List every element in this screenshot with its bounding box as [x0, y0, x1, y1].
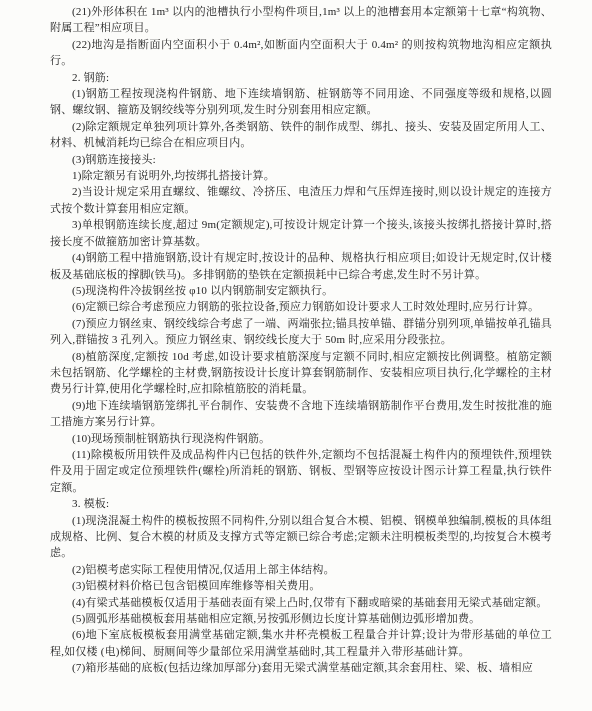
doc-subparagraph: 3)单根钢筋连续长度,超过 9m(定额规定),可按设计规定计算一个接头,该接头按…	[50, 217, 552, 250]
doc-paragraph: (3)钢筋连接接头:	[50, 152, 552, 168]
doc-paragraph: (7)预应力钢丝束、钢绞线综合考虑了一端、两端张拉;锚具按单锚、群锚分别列项,单…	[50, 316, 552, 349]
doc-paragraph: (2)铝模考虑实际工程使用情况,仅适用上部主体结构。	[50, 562, 552, 578]
doc-paragraph: (8)植筋深度,定额按 10d 考虑,如设计要求植筋深度与定额不同时,相应定额按…	[50, 349, 552, 398]
doc-paragraph: (5)现浇构件冷拔钢丝按 φ10 以内钢筋制安定额执行。	[50, 283, 552, 299]
doc-paragraph: (10)现场预制桩钢筋执行现浇构件钢筋。	[50, 431, 552, 447]
doc-paragraph-truncated: (7)箱形基础的底板(包括边缘加厚部分)套用无梁式满堂基础定额,其余套用柱、梁、…	[50, 660, 552, 676]
doc-paragraph: (5)圆弧形基础模板套用基础相应定额,另按弧形侧边长度计算基础侧边弧形增加费。	[50, 611, 552, 627]
document-body: (21)外形体积在 1m³ 以内的池槽执行小型构件项目,1m³ 以上的池槽套用本…	[50, 4, 552, 677]
doc-paragraph: (9)地下连续墙钢筋笼绑扎平台制作、安装费不含地下连续墙钢筋制作平台费用,发生时…	[50, 398, 552, 431]
doc-paragraph: (6)定额已综合考虑预应力钢筋的张拉设备,预应力钢筋如设计要求人工时效处理时,应…	[50, 299, 552, 315]
doc-paragraph-item-21: (21)外形体积在 1m³ 以内的池槽执行小型构件项目,1m³ 以上的池槽套用本…	[50, 4, 552, 37]
document-page: (21)外形体积在 1m³ 以内的池槽执行小型构件项目,1m³ 以上的池槽套用本…	[0, 0, 592, 711]
doc-paragraph: (6)地下室底板模板套用满堂基础定额,集水井杯壳模板工程量合并计算;设计为带形基…	[50, 627, 552, 660]
doc-subparagraph: 1)除定额另有说明外,均按绑扎搭接计算。	[50, 168, 552, 184]
doc-paragraph-item-22: (22)地沟是指断面内空面积小于 0.4m²,如断面内空面积大于 0.4m² 的…	[50, 37, 552, 70]
section-heading-formwork: 3. 模板:	[50, 496, 552, 512]
doc-paragraph: (2)除定额规定单独列项计算外,各类钢筋、铁件的制作成型、绑扎、接头、安装及固定…	[50, 119, 552, 152]
doc-paragraph: (4)钢筋工程中措施钢筋,设计有规定时,按设计的品种、规格执行相应项目;如设计无…	[50, 250, 552, 283]
doc-paragraph: (1)钢筋工程按现浇构件钢筋、地下连续墙钢筋、桩钢筋等不同用途、不同强度等级和规…	[50, 86, 552, 119]
doc-paragraph: (3)铝模材料价格已包含铝模回库维修等相关费用。	[50, 578, 552, 594]
doc-subparagraph: 2)当设计规定采用直螺纹、锥螺纹、冷挤压、电渣压力焊和气压焊连接时,则以设计规定…	[50, 184, 552, 217]
doc-paragraph: (4)有梁式基础模板仅适用于基础表面有梁上凸时,仅带有下翻或暗梁的基础套用无梁式…	[50, 595, 552, 611]
doc-paragraph: (1)现浇混凝土构件的模板按照不同构件,分别以组合复合木模、铝模、钢模单独编制,…	[50, 513, 552, 562]
section-heading-rebar: 2. 钢筋:	[50, 70, 552, 86]
doc-paragraph: (11)除模板所用铁件及成品构件内已包括的铁件外,定额均不包括混凝土构件内的预埋…	[50, 447, 552, 496]
